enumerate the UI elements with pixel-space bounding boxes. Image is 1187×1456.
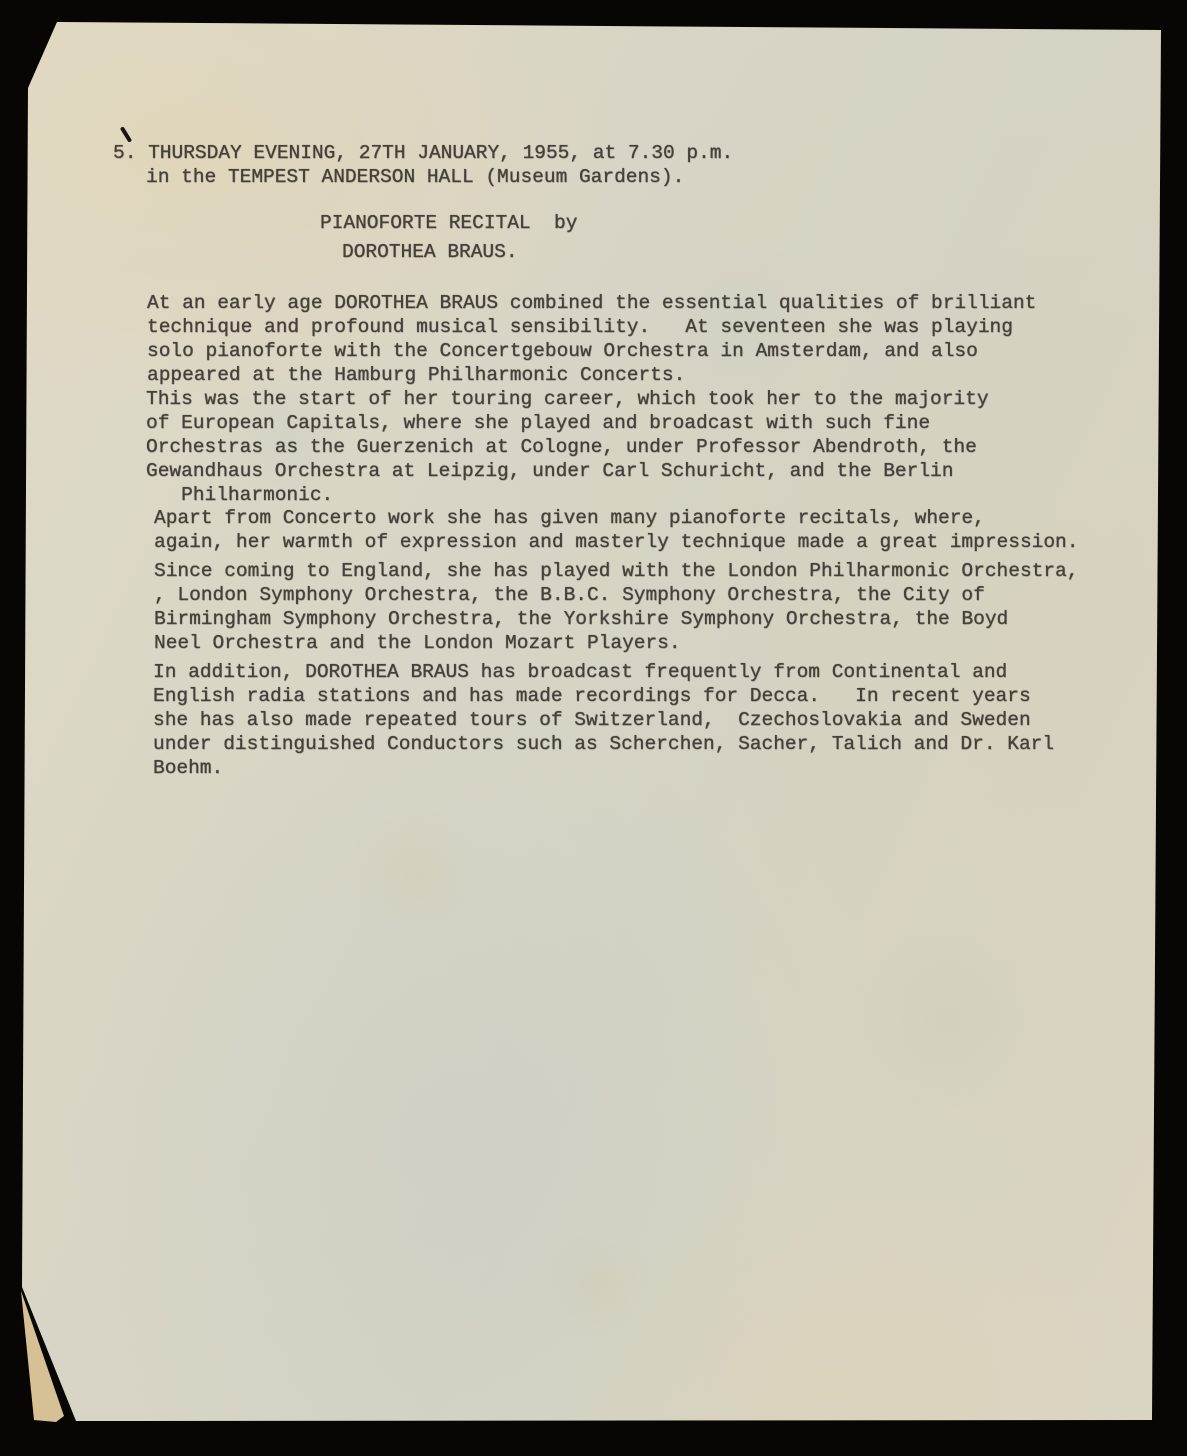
biography-paragraph: This was the start of her touring career… [146, 387, 989, 507]
recital-title: PIANOFORTE RECITAL by [320, 211, 577, 235]
scanner-background: 5. THURSDAY EVENING, 27TH JANUARY, 1955,… [0, 0, 1187, 1456]
event-heading-line1: 5. THURSDAY EVENING, 27TH JANUARY, 1955,… [113, 141, 733, 165]
document-page: 5. THURSDAY EVENING, 27TH JANUARY, 1955,… [0, 0, 1187, 1456]
biography-paragraph: Since coming to England, she has played … [154, 559, 1078, 655]
event-heading-line2: in the TEMPEST ANDERSON HALL (Museum Gar… [146, 165, 684, 189]
biography-paragraph: In addition, DOROTHEA BRAUS has broadcas… [153, 660, 1054, 780]
biography-paragraph: Apart from Concerto work she has given m… [154, 506, 1078, 554]
performer-name: DOROTHEA BRAUS. [342, 240, 518, 264]
typewritten-text: 5. THURSDAY EVENING, 27TH JANUARY, 1955,… [0, 0, 1187, 1456]
biography-paragraph: At an early age DOROTHEA BRAUS combined … [147, 291, 1036, 387]
